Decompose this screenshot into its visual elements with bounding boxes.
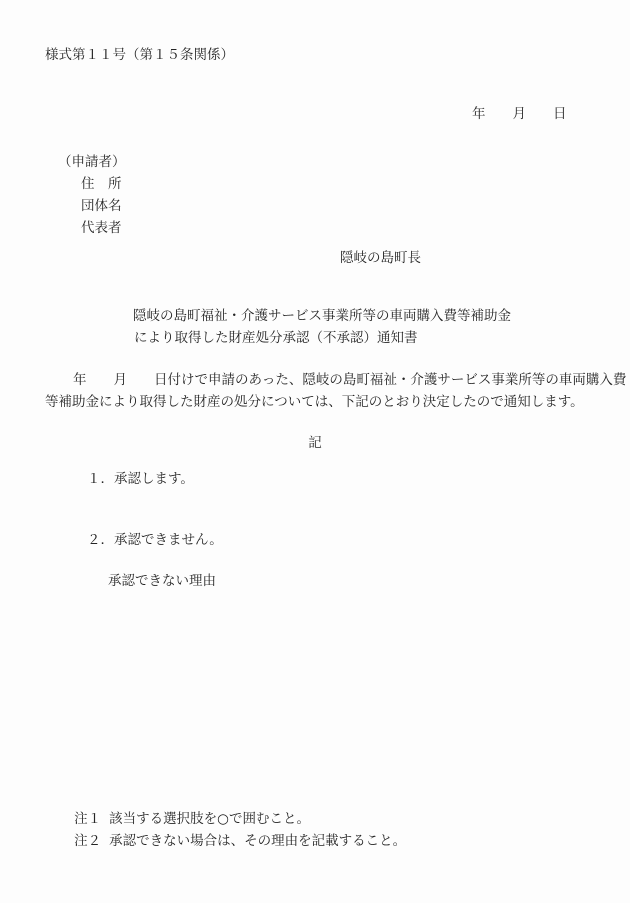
note-2-text: 承認できない場合は、その理由を記載すること。 (109, 833, 406, 849)
option-2-disapprove: ２．承認できません。 (87, 529, 223, 551)
applicant-field-organization: 団体名 (81, 195, 122, 217)
applicant-label: （申請者） (58, 151, 126, 173)
body-paragraph-line2: 等補助金により取得した財産の処分については、下記のとおり決定したので通知します。 (45, 391, 584, 413)
applicant-field-representative: 代表者 (81, 217, 122, 239)
note-2-label: 注２ (74, 833, 101, 849)
document-page: 様式第１１号（第１５条関係） 年 月 日 （申請者） 住 所 団体名 代表者 隠… (0, 0, 630, 903)
reason-label: 承認できない理由 (108, 570, 216, 592)
record-heading: 記 (0, 432, 630, 454)
date-line: 年 月 日 (472, 103, 567, 125)
applicant-field-address: 住 所 (81, 173, 122, 195)
document-title-line1: 隠岐の島町福祉・介護サービス事業所等の車両購入費等補助金 (133, 305, 511, 327)
document-title-line2: により取得した財産処分承認（不承認）通知書 (134, 327, 418, 349)
option-1-approve: １．承認します。 (87, 468, 194, 490)
note-2: 注２承認できない場合は、その理由を記載すること。 (57, 808, 406, 874)
form-number: 様式第１１号（第１５条関係） (45, 44, 234, 66)
addressee: 隠岐の島町長 (340, 247, 421, 269)
body-paragraph-line1: 年 月 日付けで申請のあった、隠岐の島町福祉・介護サービス事業所等の車両購入費 (73, 369, 626, 391)
